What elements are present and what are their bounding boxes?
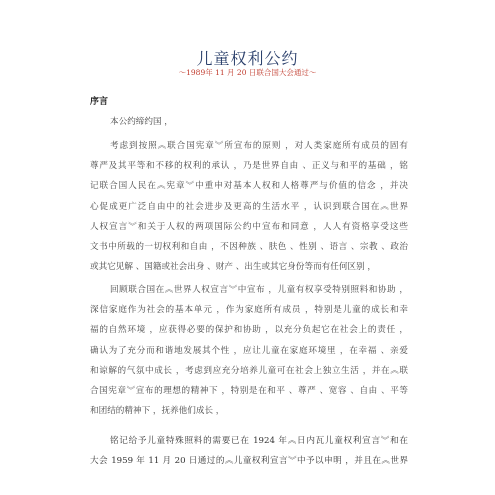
paragraph-line: 尊严及其平等和不移的权利的承认 ，乃是世界自由 、正义与和平的基础 ，铭 <box>90 156 408 176</box>
paragraph-line: 合国宪章︾宣布的理想的精神下 ，特别是在和平 、尊严 、宽容 、自由 、平等 <box>90 381 408 401</box>
paragraph-line: 或其它见解 、国籍或社会出身 、财产 、出生或其它身份等而有任何区别 ， <box>90 257 408 277</box>
paragraph-line: 人权宣言︾和关于人权的两项国际公约中宣布和同意 ，人人有资格享受这些 <box>90 217 408 237</box>
paragraph-line: 福的自然环境 ，应获得必要的保护和协助 ，以充分负起它在社会上的责任 ， <box>90 320 408 340</box>
paragraph-line: 回顾联合国在︽世界人权宣言︾中宣布 ，儿童有权享受特别照料和协助 ， <box>90 280 408 300</box>
paragraph-line: 铭记给予儿童特殊照料的需要已在 1924 年︽日内瓦儿童权利宣言︾和在 <box>90 431 408 451</box>
paragraph-3: 回顾联合国在︽世界人权宣言︾中宣布 ，儿童有权享受特别照料和协助 ， 深信家庭作… <box>90 280 408 421</box>
paragraph-line: 深信家庭作为社会的基本单元 ，作为家庭所有成员 ，特别是儿童的成长和幸 <box>90 300 408 320</box>
paragraph-2: 考虑到按照︽联合国宪章︾所宣布的原则 ，对人类家庭所有成员的固有 尊严及其平等和… <box>90 136 408 277</box>
document-subtitle: ～1989年 11 月 20 日联合国大会通过～ <box>0 67 495 78</box>
paragraph-line: 大会 1959 年 11 月 20 日通过的︽儿童权利宣言︾中予以申明 ，并且在… <box>90 451 408 471</box>
document-page: 儿童权利公约 ～1989年 11 月 20 日联合国大会通过～ 序言 本公约缔约… <box>0 0 495 495</box>
paragraph-line: 考虑到按照︽联合国宪章︾所宣布的原则 ，对人类家庭所有成员的固有 <box>90 136 408 156</box>
paragraph-line: 记联合国人民在︽宪章︾中重申对基本人权和人格尊严与价值的信念 ，并决 <box>90 176 408 196</box>
paragraph-line: 和谅解的气氛中成长 ，考虑到应充分培养儿童可在社会上独立生活 ，并在︽联 <box>90 361 408 381</box>
section-heading-preamble: 序言 <box>90 94 108 107</box>
document-title: 儿童权利公约 <box>0 46 495 69</box>
paragraph-line: 和团结的精神下 ，抚养他们成长 ， <box>90 401 408 421</box>
paragraph-line: 文书中所载的一切权利和自由 ，不因种族 、肤色 、性别 、语言 、宗教 、政治 <box>90 237 408 257</box>
paragraph-4: 铭记给予儿童特殊照料的需要已在 1924 年︽日内瓦儿童权利宣言︾和在 大会 1… <box>90 431 408 471</box>
paragraph-1: 本公约缔约国 ， <box>90 112 408 132</box>
paragraph-line: 本公约缔约国 ， <box>90 112 408 132</box>
paragraph-line: 心促成更广泛自由中的社会进步及更高的生活水平 ，认识到联合国在︽世界 <box>90 197 408 217</box>
paragraph-line: 确认为了充分而和谐地发展其个性 ，应让儿童在家庭环境里 ，在幸福 、亲爱 <box>90 341 408 361</box>
